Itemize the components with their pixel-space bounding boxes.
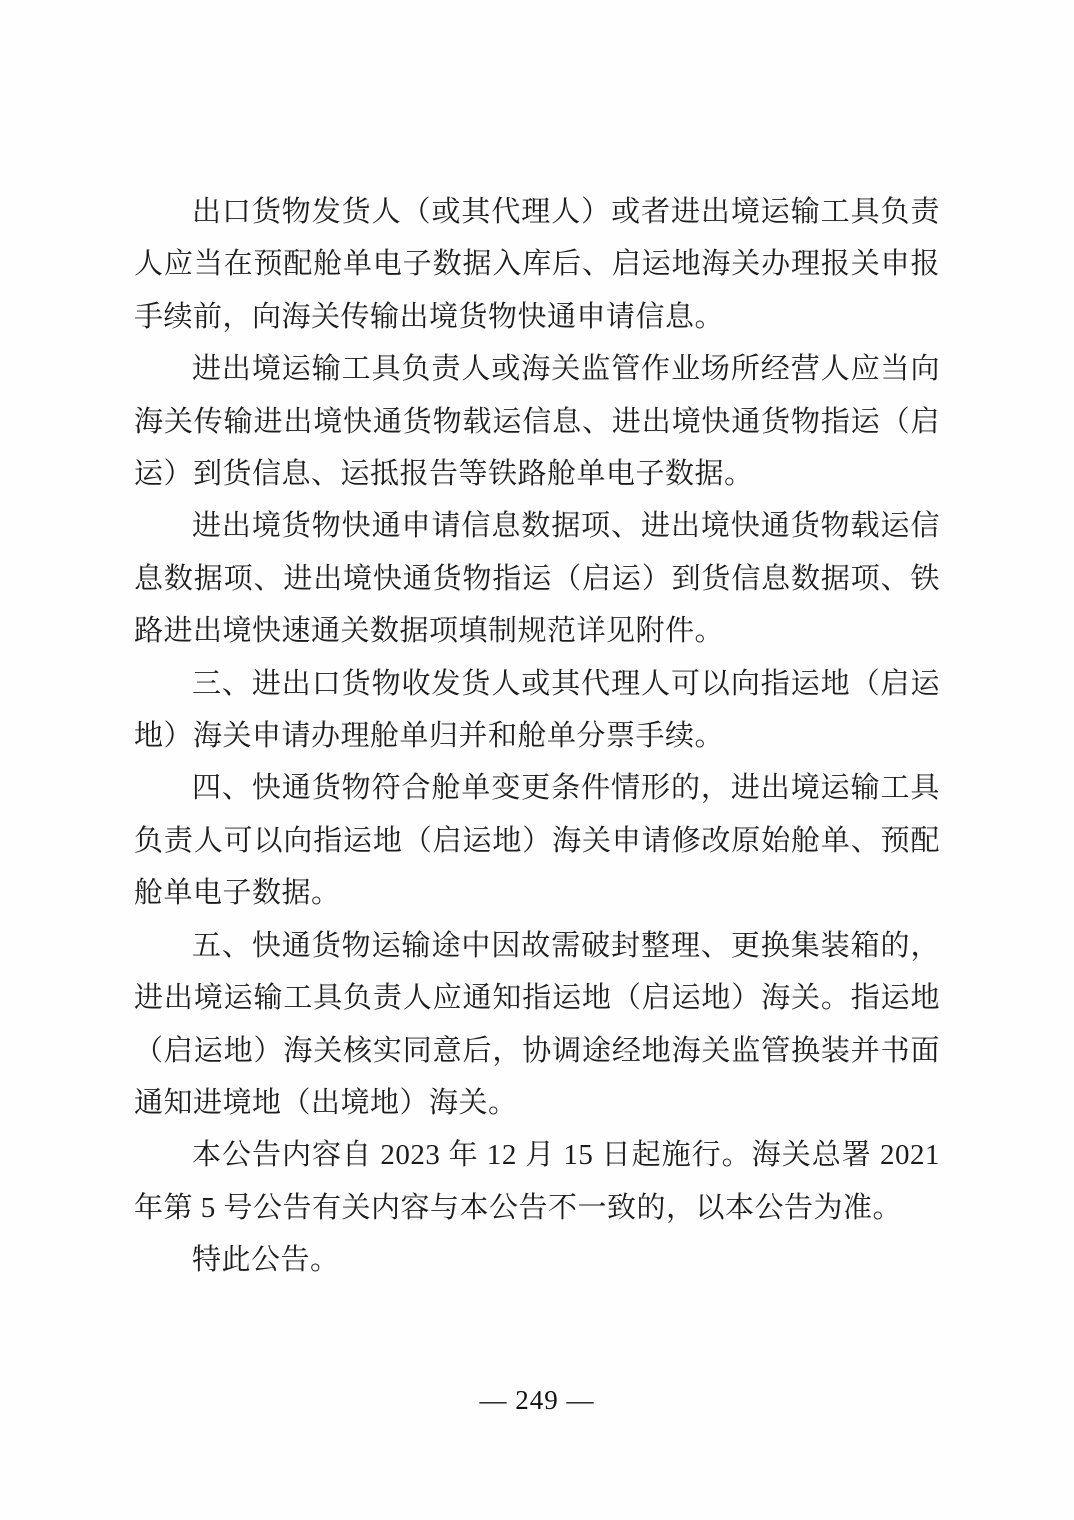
paragraph-data-item-specs: 进出境货物快通申请信息数据项、进出境快通货物载运信息数据项、进出境快通货物指运（…: [134, 500, 940, 657]
paragraph-closing: 特此公告。: [134, 1234, 940, 1286]
paragraph-export-consignor: 出口货物发货人（或其代理人）或者进出境运输工具负责人应当在预配舱单电子数据入库后…: [134, 186, 940, 343]
paragraph-carrier-transmission: 进出境运输工具负责人或海关监管作业场所经营人应当向海关传输进出境快通货物载运信息…: [134, 343, 940, 500]
paragraph-item-four: 四、快通货物符合舱单变更条件情形的，进出境运输工具负责人可以向指运地（启运地）海…: [134, 762, 940, 919]
paragraph-item-three: 三、进出口货物收发货人或其代理人可以向指运地（启运地）海关申请办理舱单归并和舱单…: [134, 658, 940, 763]
page-number: — 249 —: [480, 1380, 595, 1420]
paragraph-item-five: 五、快通货物运输途中因故需破封整理、更换集装箱的，进出境运输工具负责人应通知指运…: [134, 920, 940, 1130]
page-footer: — 249 —: [0, 1380, 1074, 1420]
document-page: 出口货物发货人（或其代理人）或者进出境运输工具负责人应当在预配舱单电子数据入库后…: [0, 0, 1074, 1520]
document-body: 出口货物发货人（或其代理人）或者进出境运输工具负责人应当在预配舱单电子数据入库后…: [134, 186, 940, 1287]
paragraph-effective-date: 本公告内容自 2023 年 12 月 15 日起施行。海关总署 2021 年第 …: [134, 1129, 940, 1234]
